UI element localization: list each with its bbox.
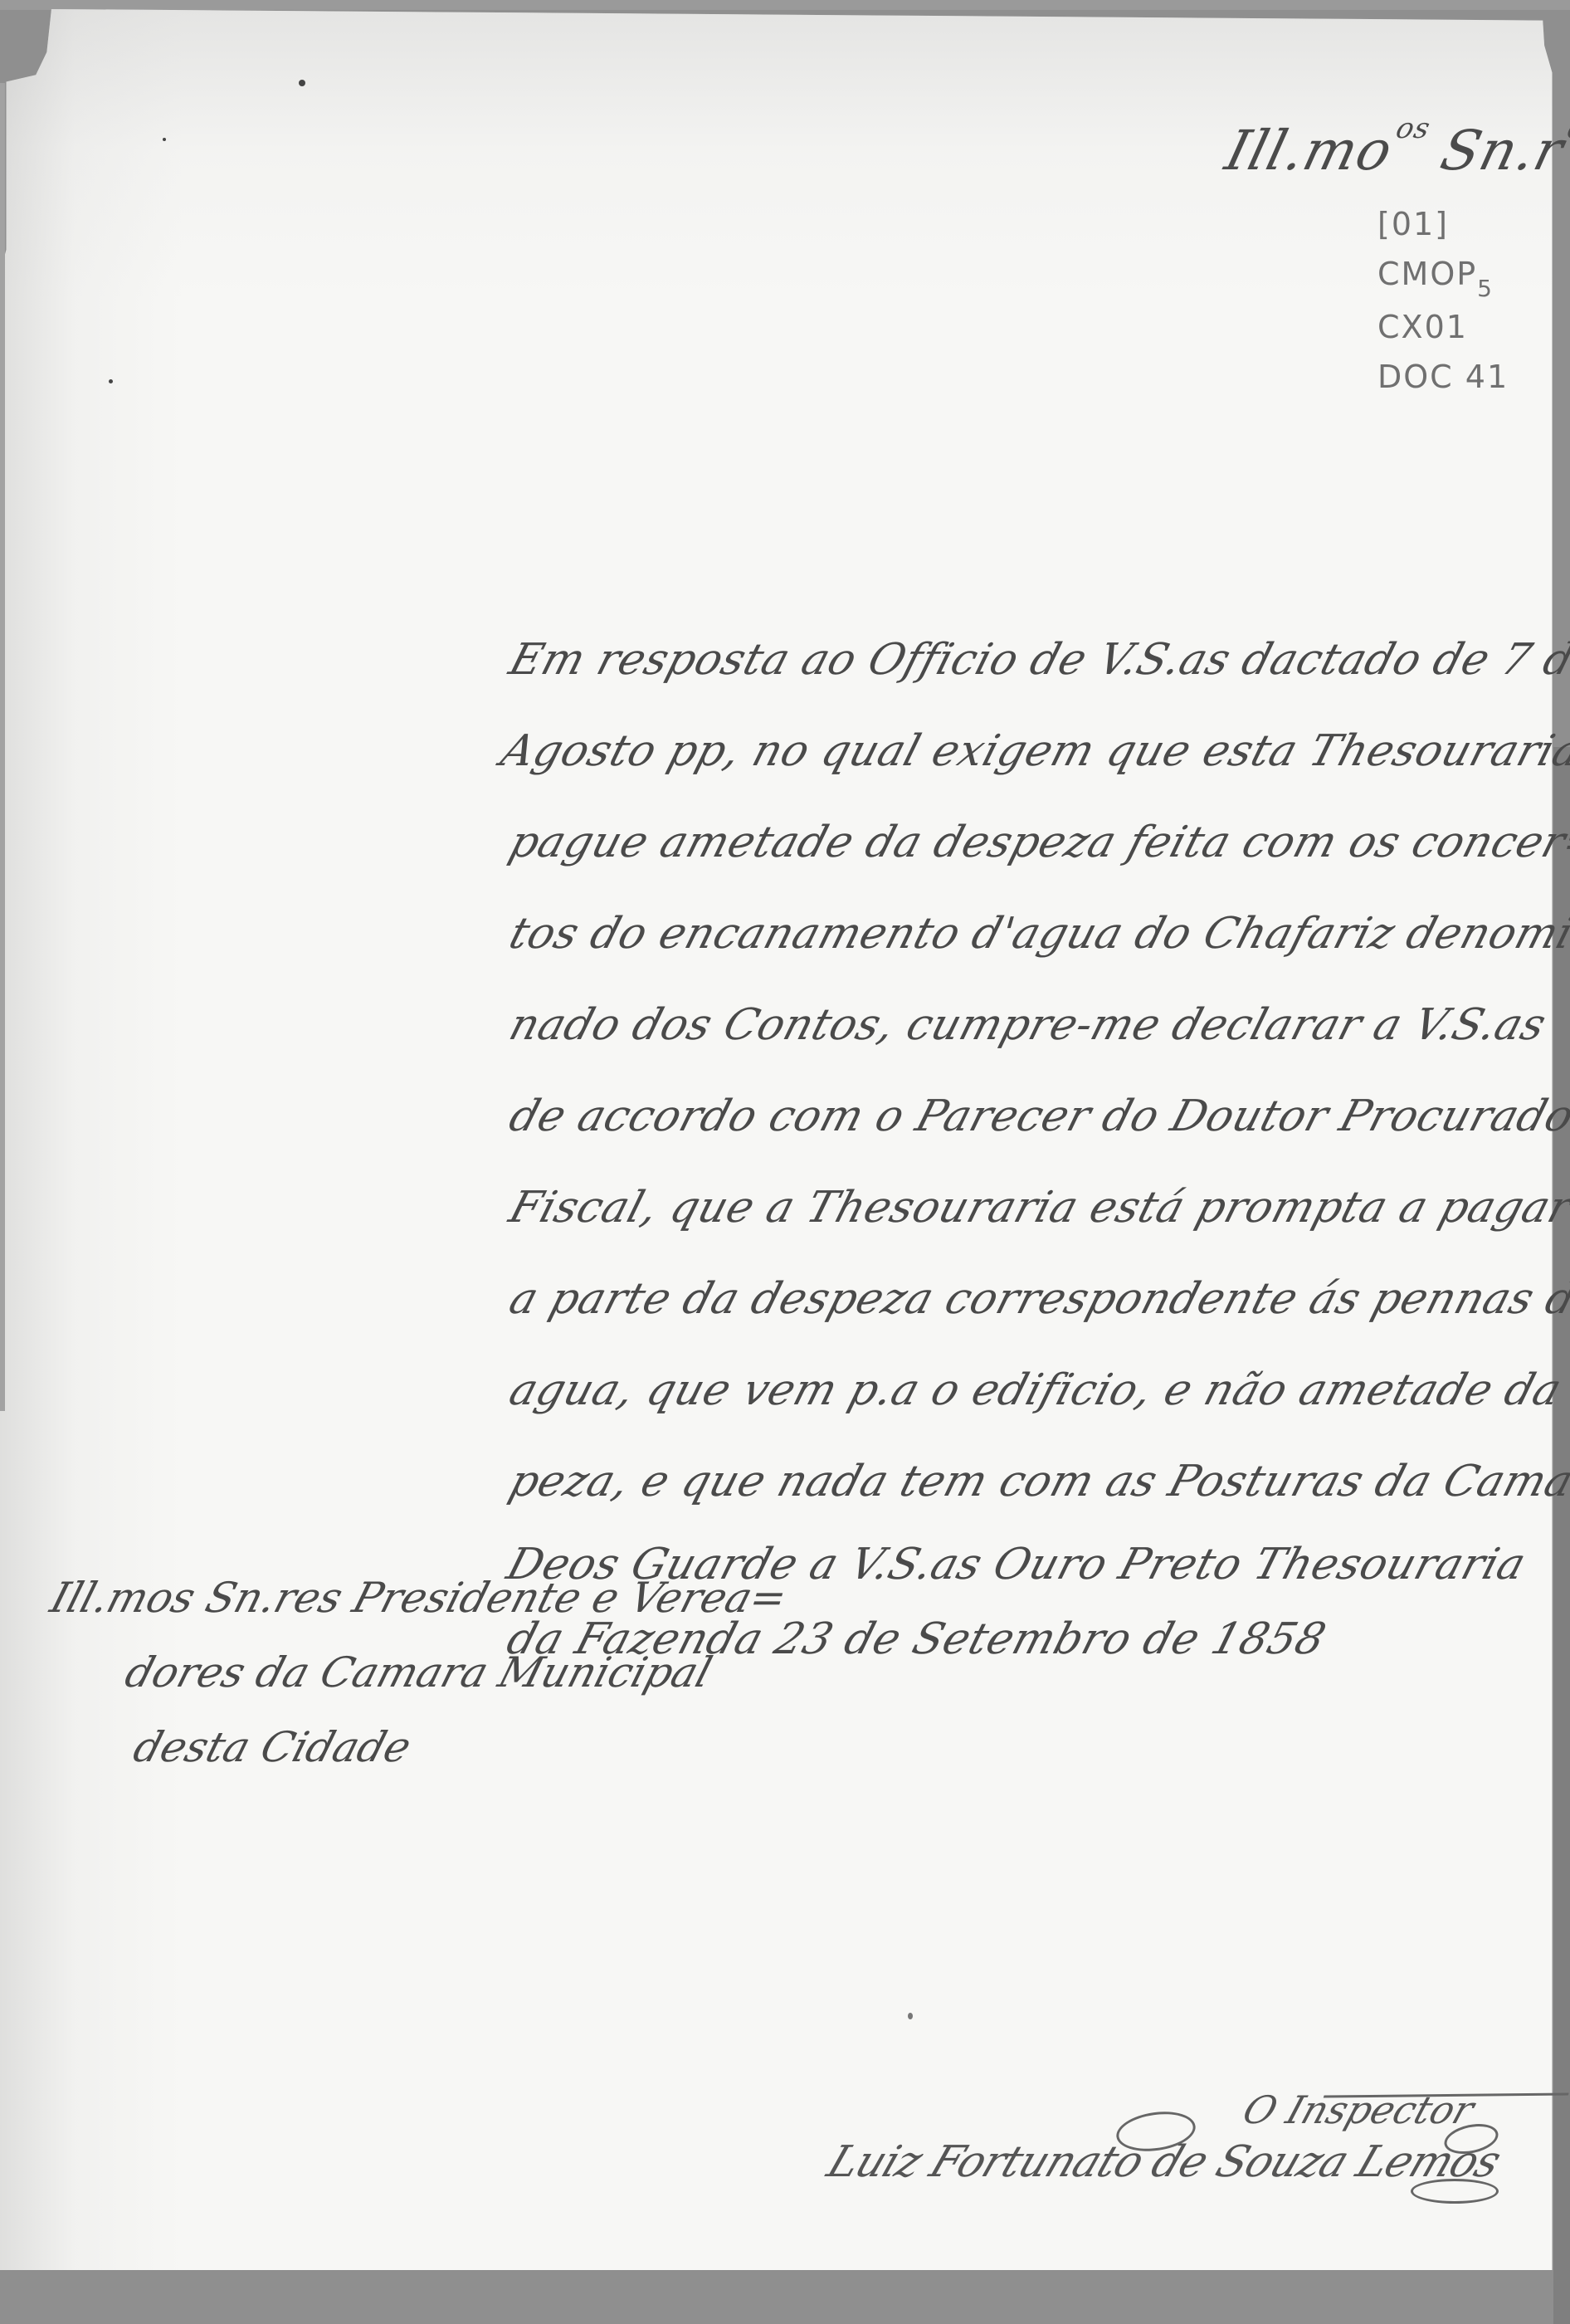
letter-body: Em resposta ao Officio de V.S.as dactado… [498, 614, 1543, 1677]
archive-fund-sub: 5 [1477, 275, 1494, 302]
salutation-sup: os [1392, 112, 1434, 145]
body-line: peza, e que nada tem com as Posturas da … [498, 1436, 1570, 1527]
body-line: Fiscal, que a Thesouraria está prompta a… [498, 1162, 1570, 1253]
body-line: de accordo com o Parecer do Doutor Procu… [498, 1071, 1570, 1162]
salutation-top: Ill.moos Sn.res [1219, 112, 1570, 183]
ink-speck [109, 379, 113, 383]
addressee-line: desta Cidade [41, 1710, 810, 1784]
archive-line-3: CX01 [1377, 302, 1509, 352]
signature-title: O Inspector [1237, 2087, 1480, 2132]
ink-speck [163, 138, 166, 141]
body-line: tos do encanamento d'agua do Chafariz de… [498, 888, 1570, 979]
body-line: Agosto pp, no qual exigem que esta Theso… [490, 705, 1570, 797]
ink-speck [299, 80, 305, 86]
body-line: pague ametade da despeza feita com os co… [498, 797, 1570, 888]
addressee-line: dores da Camara Municipal [41, 1635, 810, 1710]
archive-line-4: DOC 41 [1377, 352, 1509, 402]
archive-line-1: [01] [1377, 199, 1509, 249]
salutation-rest: Sn.r [1435, 119, 1570, 183]
body-line: a parte da despeza correspondente ás pen… [498, 1253, 1570, 1345]
page-left-edge-shadow [0, 83, 5, 1411]
archive-line-2: CMOP5 [1377, 249, 1509, 302]
scanner-background-top [0, 0, 1570, 10]
addressee-line: Ill.mos Sn.res Presidente e Verea= [41, 1560, 810, 1635]
body-line: nado dos Contos, cumpre-me declarar a V.… [498, 979, 1570, 1071]
archive-fund-code: CMOP [1377, 256, 1477, 292]
body-line: agua, que vem p.a o edificio, e não amet… [498, 1345, 1570, 1436]
addressee-block: Ill.mos Sn.res Presidente e Verea= dores… [41, 1560, 788, 1784]
salutation-main: Ill.mo [1219, 119, 1399, 183]
archive-annotation: [01] CMOP5 CX01 DOC 41 [1377, 199, 1509, 402]
body-line: Em resposta ao Officio de V.S.as dactado… [498, 614, 1570, 705]
signature-flourish-icon [1411, 2179, 1499, 2204]
ink-speck [908, 2013, 913, 2019]
